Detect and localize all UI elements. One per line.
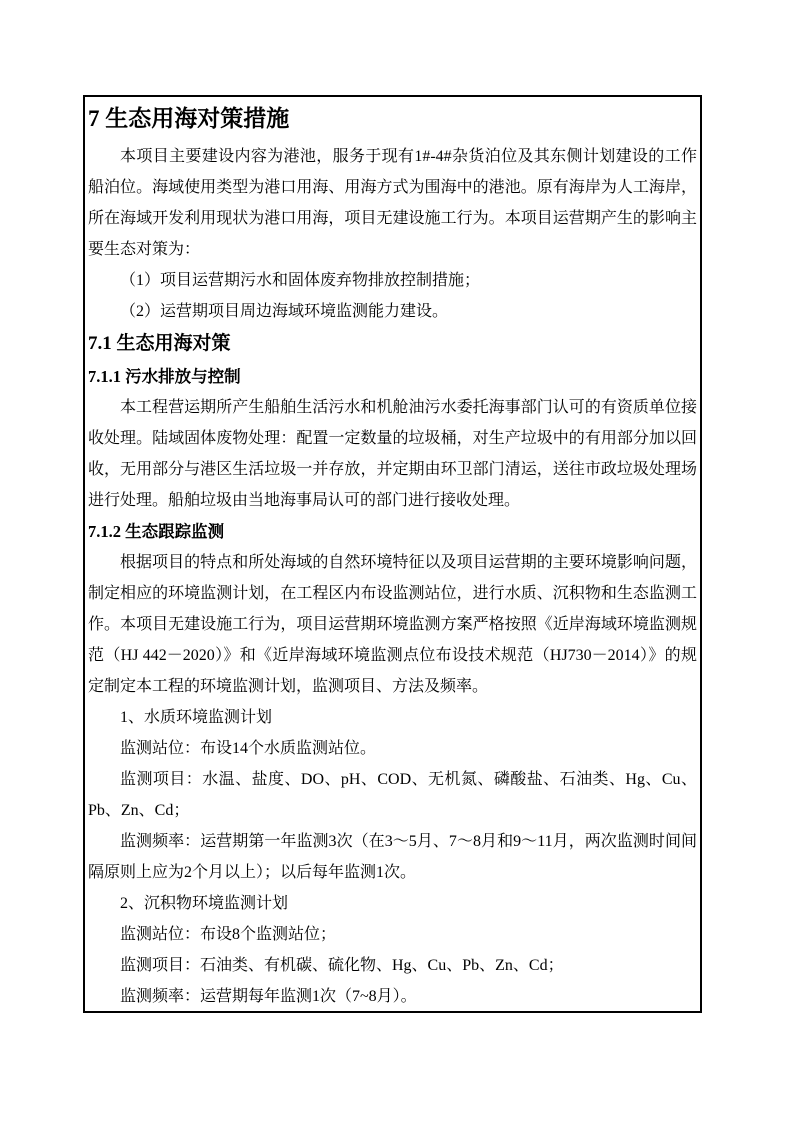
- list-item-2: （2）运营期项目周边海域环境监测能力建设。: [88, 296, 697, 327]
- document-page: { "page": { "background_color": "#ffffff…: [0, 0, 793, 1122]
- section-7-1-1-heading: 7.1.1 污水排放与控制: [88, 361, 697, 392]
- section-7-1-heading: 7.1 生态用海对策: [88, 327, 697, 361]
- sediment-plan-title: 2、沉积物环境监测计划: [88, 888, 697, 919]
- sediment-frequency-line: 监测频率：运营期每年监测1次（7~8月）。: [88, 981, 697, 1012]
- water-quality-plan-title: 1、水质环境监测计划: [88, 702, 697, 733]
- sediment-stations-line: 监测站位：布设8个监测站位；: [88, 919, 697, 950]
- water-quality-parameters-line: 监测项目：水温、盐度、DO、pH、COD、无机氮、磷酸盐、石油类、Hg、Cu、P…: [88, 764, 697, 826]
- water-quality-stations-line: 监测站位：布设14个水质监测站位。: [88, 733, 697, 764]
- section-7-1-1-paragraph: 本工程营运期所产生船舶生活污水和机舱油污水委托海事部门认可的有资质单位接收处理。…: [88, 392, 697, 516]
- content-border-box: 7 生态用海对策措施 本项目主要建设内容为港池，服务于现有1#-4#杂货泊位及其…: [83, 95, 702, 1013]
- sediment-parameters-line: 监测项目：石油类、有机碳、硫化物、Hg、Cu、Pb、Zn、Cd；: [88, 950, 697, 981]
- water-quality-frequency-line: 监测频率：运营期第一年监测3次（在3～5月、7～8月和9～11月，两次监测时间间…: [88, 826, 697, 888]
- chapter-heading: 7 生态用海对策措施: [88, 97, 697, 141]
- intro-paragraph: 本项目主要建设内容为港池，服务于现有1#-4#杂货泊位及其东侧计划建设的工作船泊…: [88, 141, 697, 265]
- section-7-1-2-paragraph: 根据项目的特点和所处海域的自然环境特征以及项目运营期的主要环境影响问题，制定相应…: [88, 547, 697, 702]
- section-7-1-2-heading: 7.1.2 生态跟踪监测: [88, 516, 697, 547]
- list-item-1: （1）项目运营期污水和固体废弃物排放控制措施；: [88, 265, 697, 296]
